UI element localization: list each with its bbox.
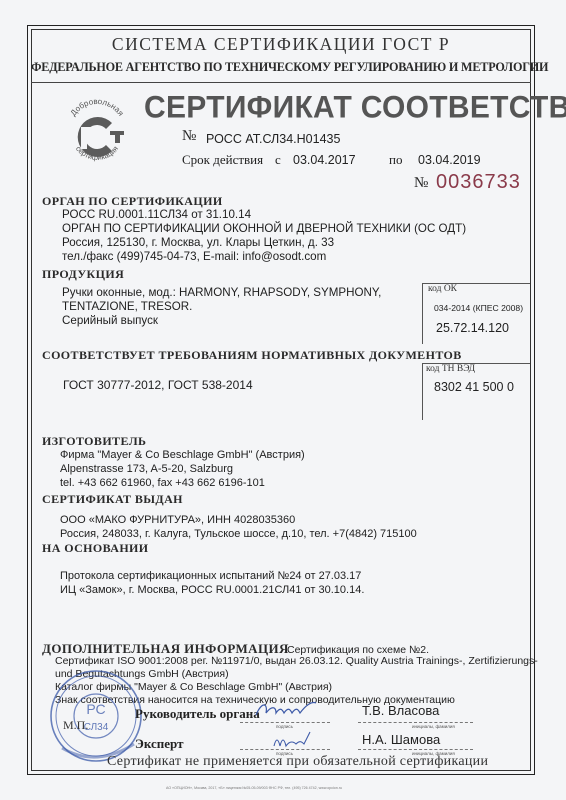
serial-number: 0036733	[436, 171, 521, 194]
manufacturer-contacts: tel. +43 662 61960, fax +43 662 6196-101	[60, 476, 265, 491]
additional-info-iso: Сертификат ISO 9001:2008 рег. №11971/0, …	[55, 655, 538, 668]
ok-code-value: 25.72.14.120	[436, 321, 509, 335]
serial-number-label: №	[414, 175, 428, 192]
certification-body-heading: ОРГАН ПО СЕРТИФИКАЦИИ	[42, 194, 223, 209]
validity-to-label: по	[389, 152, 402, 168]
validity-from-label: с	[275, 152, 281, 168]
expert-name-line	[358, 749, 473, 750]
svg-text:Добровольная: Добровольная	[69, 97, 126, 118]
ok-code-label: код ОК	[428, 284, 457, 294]
system-title: СИСТЕМА СЕРТИФИКАЦИИ ГОСТ Р	[31, 34, 531, 55]
basis-test-center: ИЦ «Замок», г. Москва, РОСС RU.0001.21СЛ…	[60, 583, 364, 598]
product-release-type: Серийный выпуск	[62, 314, 158, 329]
validity-label: Срок действия	[182, 152, 263, 168]
seal-placeholder-label: М.П.	[63, 718, 88, 733]
certificate-number: РОСС AT.СЛ34.H01435	[206, 132, 340, 146]
basis-heading: НА ОСНОВАНИИ	[42, 541, 149, 556]
certification-body-accreditation: РОСС RU.0001.11СЛ34 от 31.10.14	[62, 208, 251, 223]
svg-text:РС: РС	[86, 701, 105, 717]
rst-voluntary-certification-logo: Добровольная сертификация	[62, 95, 132, 175]
expert-name: Н.А. Шамова	[362, 732, 440, 747]
header-divider	[31, 82, 531, 83]
head-name: Т.В. Власова	[362, 703, 439, 718]
issued-to-company: ООО «МАКО ФУРНИТУРА», ИНН 4028035360	[60, 513, 295, 528]
tn-ved-label: код ТН ВЭД	[426, 364, 475, 374]
head-name-line	[358, 722, 473, 723]
certification-body-seal: РС СЛ34	[48, 668, 144, 764]
ok-code-classifier: 034-2014 (КПЕС 2008)	[434, 303, 523, 313]
issued-to-address: Россия, 248033, г. Калуга, Тульское шосс…	[60, 527, 417, 542]
validity-to-date: 03.04.2019	[418, 153, 481, 167]
expert-label: Эксперт	[135, 736, 183, 752]
issued-to-heading: СЕРТИФИКАТ ВЫДАН	[42, 492, 183, 507]
validity-from-date: 03.04.2017	[293, 153, 356, 167]
head-of-body-label: Руководитель органа	[135, 706, 260, 722]
manufacturer-address: Alpenstrasse 173, A-5-20, Salzburg	[60, 462, 233, 477]
certification-body-contacts: тел./факс (499)745-04-73, E-mail: info@o…	[62, 250, 326, 265]
product-heading: ПРОДУКЦИЯ	[42, 267, 124, 282]
head-signature-line	[240, 722, 330, 723]
head-name-caption: инициалы, фамилия	[412, 724, 455, 729]
expert-signature	[270, 728, 320, 750]
product-line-1: Ручки оконные, мод.: HARMONY, RHAPSODY, …	[62, 286, 381, 301]
compliance-documents: ГОСТ 30777-2012, ГОСТ 538-2014	[63, 378, 253, 393]
agency-name: ФЕДЕРАЛЬНОЕ АГЕНТСТВО ПО ТЕХНИЧЕСКОМУ РЕ…	[31, 60, 531, 75]
tn-ved-value: 8302 41 500 0	[434, 380, 514, 394]
certification-body-name: ОРГАН ПО СЕРТИФИКАЦИИ ОКОННОЙ И ДВЕРНОЙ …	[62, 222, 466, 237]
certificate-title: СЕРТИФИКАТ СООТВЕТСТВИЯ	[144, 90, 566, 126]
head-signature	[252, 699, 322, 721]
printer-imprint: АО «ОПЦИОН», Москва, 2017, «Б» лицензия …	[166, 786, 342, 790]
certification-body-address: Россия, 125130, г. Москва, ул. Клары Цет…	[62, 236, 334, 251]
number-label: №	[182, 128, 196, 145]
manufacturer-heading: ИЗГОТОВИТЕЛЬ	[42, 434, 146, 449]
compliance-heading: СООТВЕТСТВУЕТ ТРЕБОВАНИЯМ НОРМАТИВНЫХ ДО…	[42, 348, 462, 363]
voluntary-notice: Сертификат не применяется при обязательн…	[107, 754, 488, 770]
manufacturer-name: Фирма "Mayer & Co Beschlage GmbH" (Австр…	[60, 448, 305, 463]
basis-test-protocol: Протокола сертификационных испытаний №24…	[60, 569, 361, 584]
product-line-2: TENTAZIONE, TRESOR.	[62, 300, 192, 315]
